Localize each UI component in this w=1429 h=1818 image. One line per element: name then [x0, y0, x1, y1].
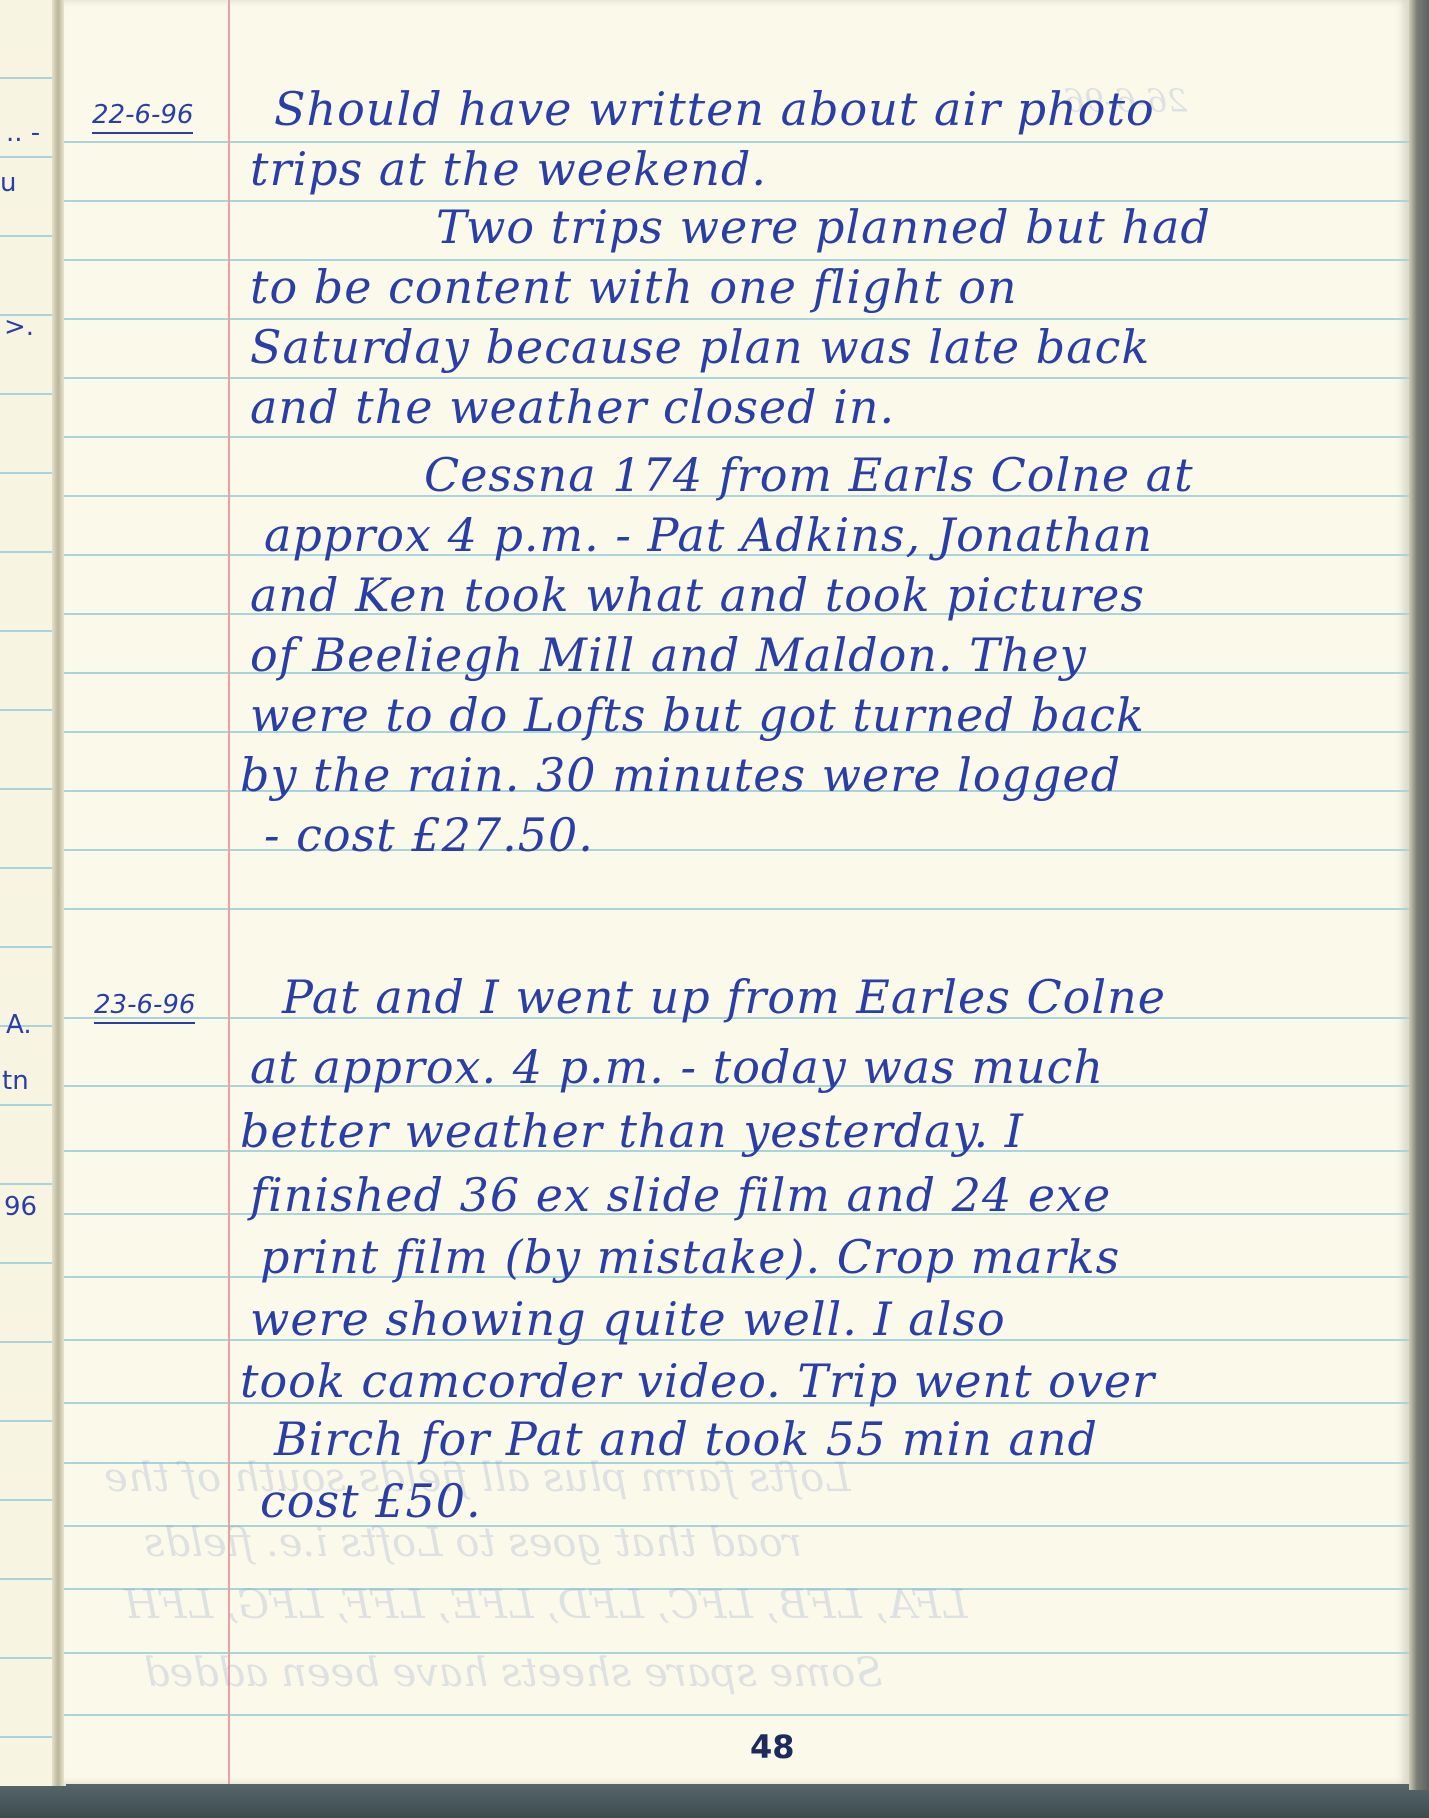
left-margin-mark: >.: [4, 312, 34, 342]
entry-line: Cessna 174 from Earls Colne at: [424, 448, 1194, 502]
ruled-line: [64, 436, 1409, 438]
page-number: 48: [750, 1728, 795, 1766]
left-margin-mark: A.: [6, 1010, 32, 1040]
entry-line: Pat and I went up from Earles Colne: [282, 970, 1166, 1024]
entry-line: finished 36 ex slide film and 24 exe: [250, 1168, 1111, 1222]
entry-line: were showing quite well. I also: [250, 1292, 1006, 1346]
entry-line: better weather than yesterday. I: [240, 1104, 1024, 1158]
entry-line: trips at the weekend.: [250, 142, 767, 196]
entry-line: to be content with one flight on: [250, 260, 1018, 314]
red-margin-line: [228, 0, 230, 1784]
left-page-edge: .. - u >. A. tn 96: [0, 0, 58, 1786]
entry-line: of Beeliegh Mill and Maldon. They: [250, 628, 1087, 682]
entry-line: Birch for Pat and took 55 min and: [274, 1412, 1098, 1466]
entry-line: at approx. 4 p.m. - today was much: [250, 1040, 1104, 1094]
left-margin-mark: .. -: [6, 118, 40, 148]
entry-line: Two trips were planned but had: [436, 200, 1211, 254]
entry-date: 22-6-96: [92, 100, 193, 134]
entry-line: took camcorder video. Trip went over: [240, 1354, 1155, 1408]
entry-line: were to do Lofts but got turned back: [250, 688, 1145, 742]
entry-line: print film (by mistake). Crop marks: [260, 1230, 1120, 1284]
scanner-background: [0, 1784, 1429, 1818]
entry-line: by the rain. 30 minutes were logged: [240, 748, 1121, 802]
bleed-through-text: Some spare sheets have been added: [144, 1650, 883, 1696]
entry-line: cost £50.: [260, 1474, 482, 1528]
notebook-page-edge: [1409, 0, 1429, 1790]
left-margin-mark: u: [0, 168, 16, 198]
ruled-line: [64, 1714, 1409, 1716]
entry-line: and the weather closed in.: [250, 380, 895, 434]
entry-line: Saturday because plan was late back: [250, 320, 1150, 374]
bleed-through-text: LFA, LFB, LFC, LFD, LFE, LFF, LFG, LFH: [124, 1582, 967, 1628]
entry-line: and Ken took what and took pictures: [250, 568, 1145, 622]
entry-line: approx 4 p.m. - Pat Adkins, Jonathan: [264, 508, 1153, 562]
left-margin-mark: 96: [4, 1192, 37, 1222]
left-margin-mark: tn: [2, 1066, 29, 1096]
entry-date: 23-6-96: [94, 990, 195, 1024]
notebook-page: 26-6-96 LFA, LFB, LFC, LFD, LFE, LFF, LF…: [64, 0, 1409, 1784]
entry-line: - cost £27.50.: [264, 808, 594, 862]
ruled-line: [64, 377, 1409, 379]
entry-line: Should have written about air photo: [274, 82, 1155, 136]
ruled-line: [64, 908, 1409, 910]
